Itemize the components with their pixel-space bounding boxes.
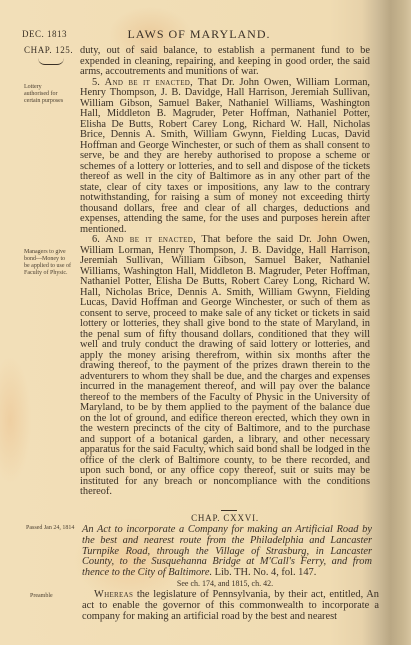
sidenote-lottery: Lottery authorised for certain purposes bbox=[24, 84, 68, 105]
act-reference: Lib. TH. No. 4, fol. 147. bbox=[215, 567, 317, 578]
chapter-label: CHAP. 125. bbox=[24, 45, 73, 55]
preamble-body: Whereas the legislature of Pennsylvania,… bbox=[82, 590, 379, 622]
section-6: 6. And be it enacted, That before the sa… bbox=[80, 235, 370, 498]
preamble-paragraph: Whereas the legislature of Pennsylvania,… bbox=[82, 590, 379, 622]
sidenote-passed: Passed Jan 24, 1814 bbox=[26, 525, 86, 532]
sidenote-preamble: Preamble bbox=[30, 593, 53, 600]
chapter-126-title: An Act to incorporate a Company for maki… bbox=[82, 525, 372, 579]
section-6-enacting-clause: And be it enacted, bbox=[105, 234, 196, 245]
act-body: duty, out of said balance, to establish … bbox=[80, 46, 370, 498]
section-5-text: That Dr. John Owen, William Lorman, Henr… bbox=[80, 77, 370, 235]
book-page: DEC. 1813 LAWS OF MARYLAND. CHAP. 125. L… bbox=[0, 0, 411, 645]
page-title: LAWS OF MARYLAND. bbox=[22, 27, 376, 42]
brace-ornament bbox=[38, 58, 64, 65]
section-6-text: That before the said Dr. John Owen, Will… bbox=[80, 234, 370, 497]
preamble-lead-word: Whereas bbox=[94, 589, 133, 600]
sidenote-managers: Managers to give bond—Money to be applie… bbox=[24, 249, 72, 277]
running-header: DEC. 1813 LAWS OF MARYLAND. bbox=[22, 27, 376, 41]
section-5: 5. And be it enacted, That Dr. John Owen… bbox=[80, 78, 370, 236]
section-5-enacting-clause: And be it enacted, bbox=[105, 77, 193, 88]
section-divider bbox=[221, 510, 237, 511]
continuation-paragraph: duty, out of said balance, to establish … bbox=[80, 46, 370, 78]
section-5-number: 5. bbox=[92, 77, 100, 88]
chapter-126-heading: CHAP. CXXVI. bbox=[80, 513, 370, 523]
cross-reference: See ch. 174, and 1815, ch. 42. bbox=[80, 579, 370, 588]
section-6-number: 6. bbox=[92, 234, 100, 245]
